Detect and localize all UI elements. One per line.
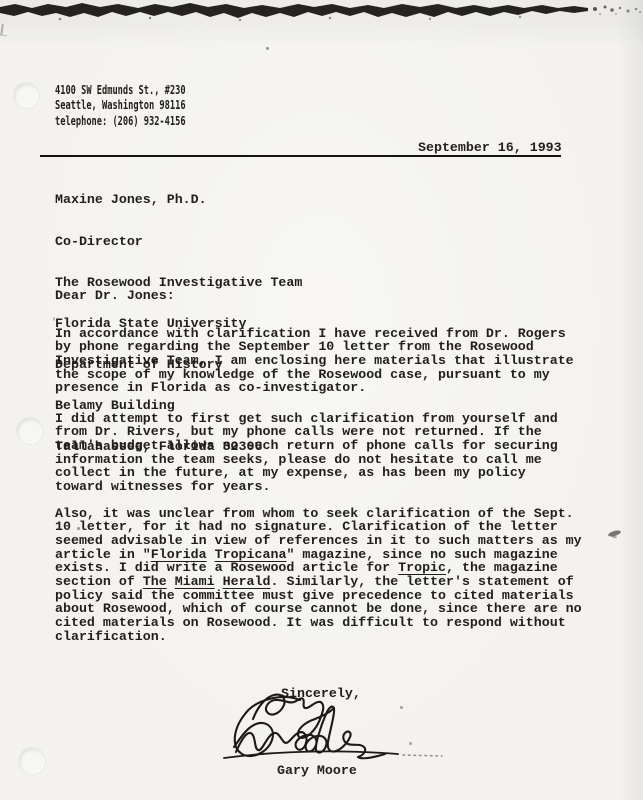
- letter-body-line: 10 letter, for it had no signature. Clar…: [55, 520, 582, 534]
- letter-body-line: policy said the committee must give prec…: [55, 589, 582, 603]
- hole-punch-top: [14, 83, 39, 108]
- letter-body-line: section of The Miami Herald. Similarly, …: [55, 575, 582, 589]
- letter-body-line: cited materials on Rosewood. It was diff…: [55, 616, 582, 630]
- recipient-line: Co-Director: [55, 235, 302, 249]
- scan-edge-artifact: [0, 0, 643, 30]
- sender-address-block: 4100 SW Edmunds St., #230 Seattle, Washi…: [55, 82, 242, 128]
- recipient-line: Maxine Jones, Ph.D.: [55, 193, 302, 207]
- ink-smudge: [612, 536, 617, 539]
- letter-paragraph: I did attempt to first get such clarific…: [55, 412, 558, 494]
- letter-body-line: I did attempt to first get such clarific…: [55, 412, 558, 426]
- letter-body-line: information the team seeks, please do no…: [55, 453, 558, 467]
- scan-speck: [266, 47, 269, 50]
- letter-body-line: seemed advisable in view of references i…: [55, 534, 582, 548]
- letter-body-line: article in "Florida Tropicana" magazine,…: [55, 548, 582, 562]
- corner-scan-mark: [0, 24, 9, 37]
- letter-body-line: presence in Florida as co-investigator.: [55, 381, 574, 395]
- sender-address-line: Seattle, Washington 98116: [55, 97, 186, 112]
- letter-body-line: In accordance with clarification I have …: [55, 327, 574, 341]
- sender-address-line: 4100 SW Edmunds St., #230: [55, 82, 186, 97]
- letter-paragraph: Also, it was unclear from whom to seek c…: [55, 507, 582, 644]
- letter-body-line: Also, it was unclear from whom to seek c…: [55, 507, 582, 521]
- letter-paragraph: In accordance with clarification I have …: [55, 327, 574, 396]
- typed-signature-name: Gary Moore: [277, 764, 357, 778]
- letter-body-line: exists. I did write a Rosewood article f…: [55, 561, 582, 575]
- hole-punch-middle: [17, 418, 43, 444]
- sender-address-line: telephone: (206) 932-4156: [55, 113, 186, 128]
- letter-body-line: from Dr. Rivers, but my phone calls were…: [55, 425, 558, 439]
- letter-body-line: team's budget allows no such return of p…: [55, 439, 558, 453]
- letter-body-line: Investigative Team, I am enclosing here …: [55, 354, 574, 368]
- letter-body-line: clarification.: [55, 630, 582, 644]
- letter-date: September 16, 1993: [418, 141, 562, 155]
- hole-punch-bottom: [19, 748, 45, 774]
- letter-body-line: by phone regarding the September 10 lett…: [55, 340, 574, 354]
- letter-body-line: the scope of my knowledge of the Rosewoo…: [55, 368, 574, 382]
- scanned-letter-page: ' 4100 SW Edmunds St., #230 Seattle, Was…: [0, 0, 643, 800]
- letter-body-line: toward witnesses for years.: [55, 480, 558, 494]
- letter-body-line: about Rosewood, which of course cannot b…: [55, 602, 582, 616]
- date-underline-rule: [40, 155, 561, 157]
- letter-body-line: collect in the future, at my expense, as…: [55, 466, 558, 480]
- salutation: Dear Dr. Jones:: [55, 289, 175, 303]
